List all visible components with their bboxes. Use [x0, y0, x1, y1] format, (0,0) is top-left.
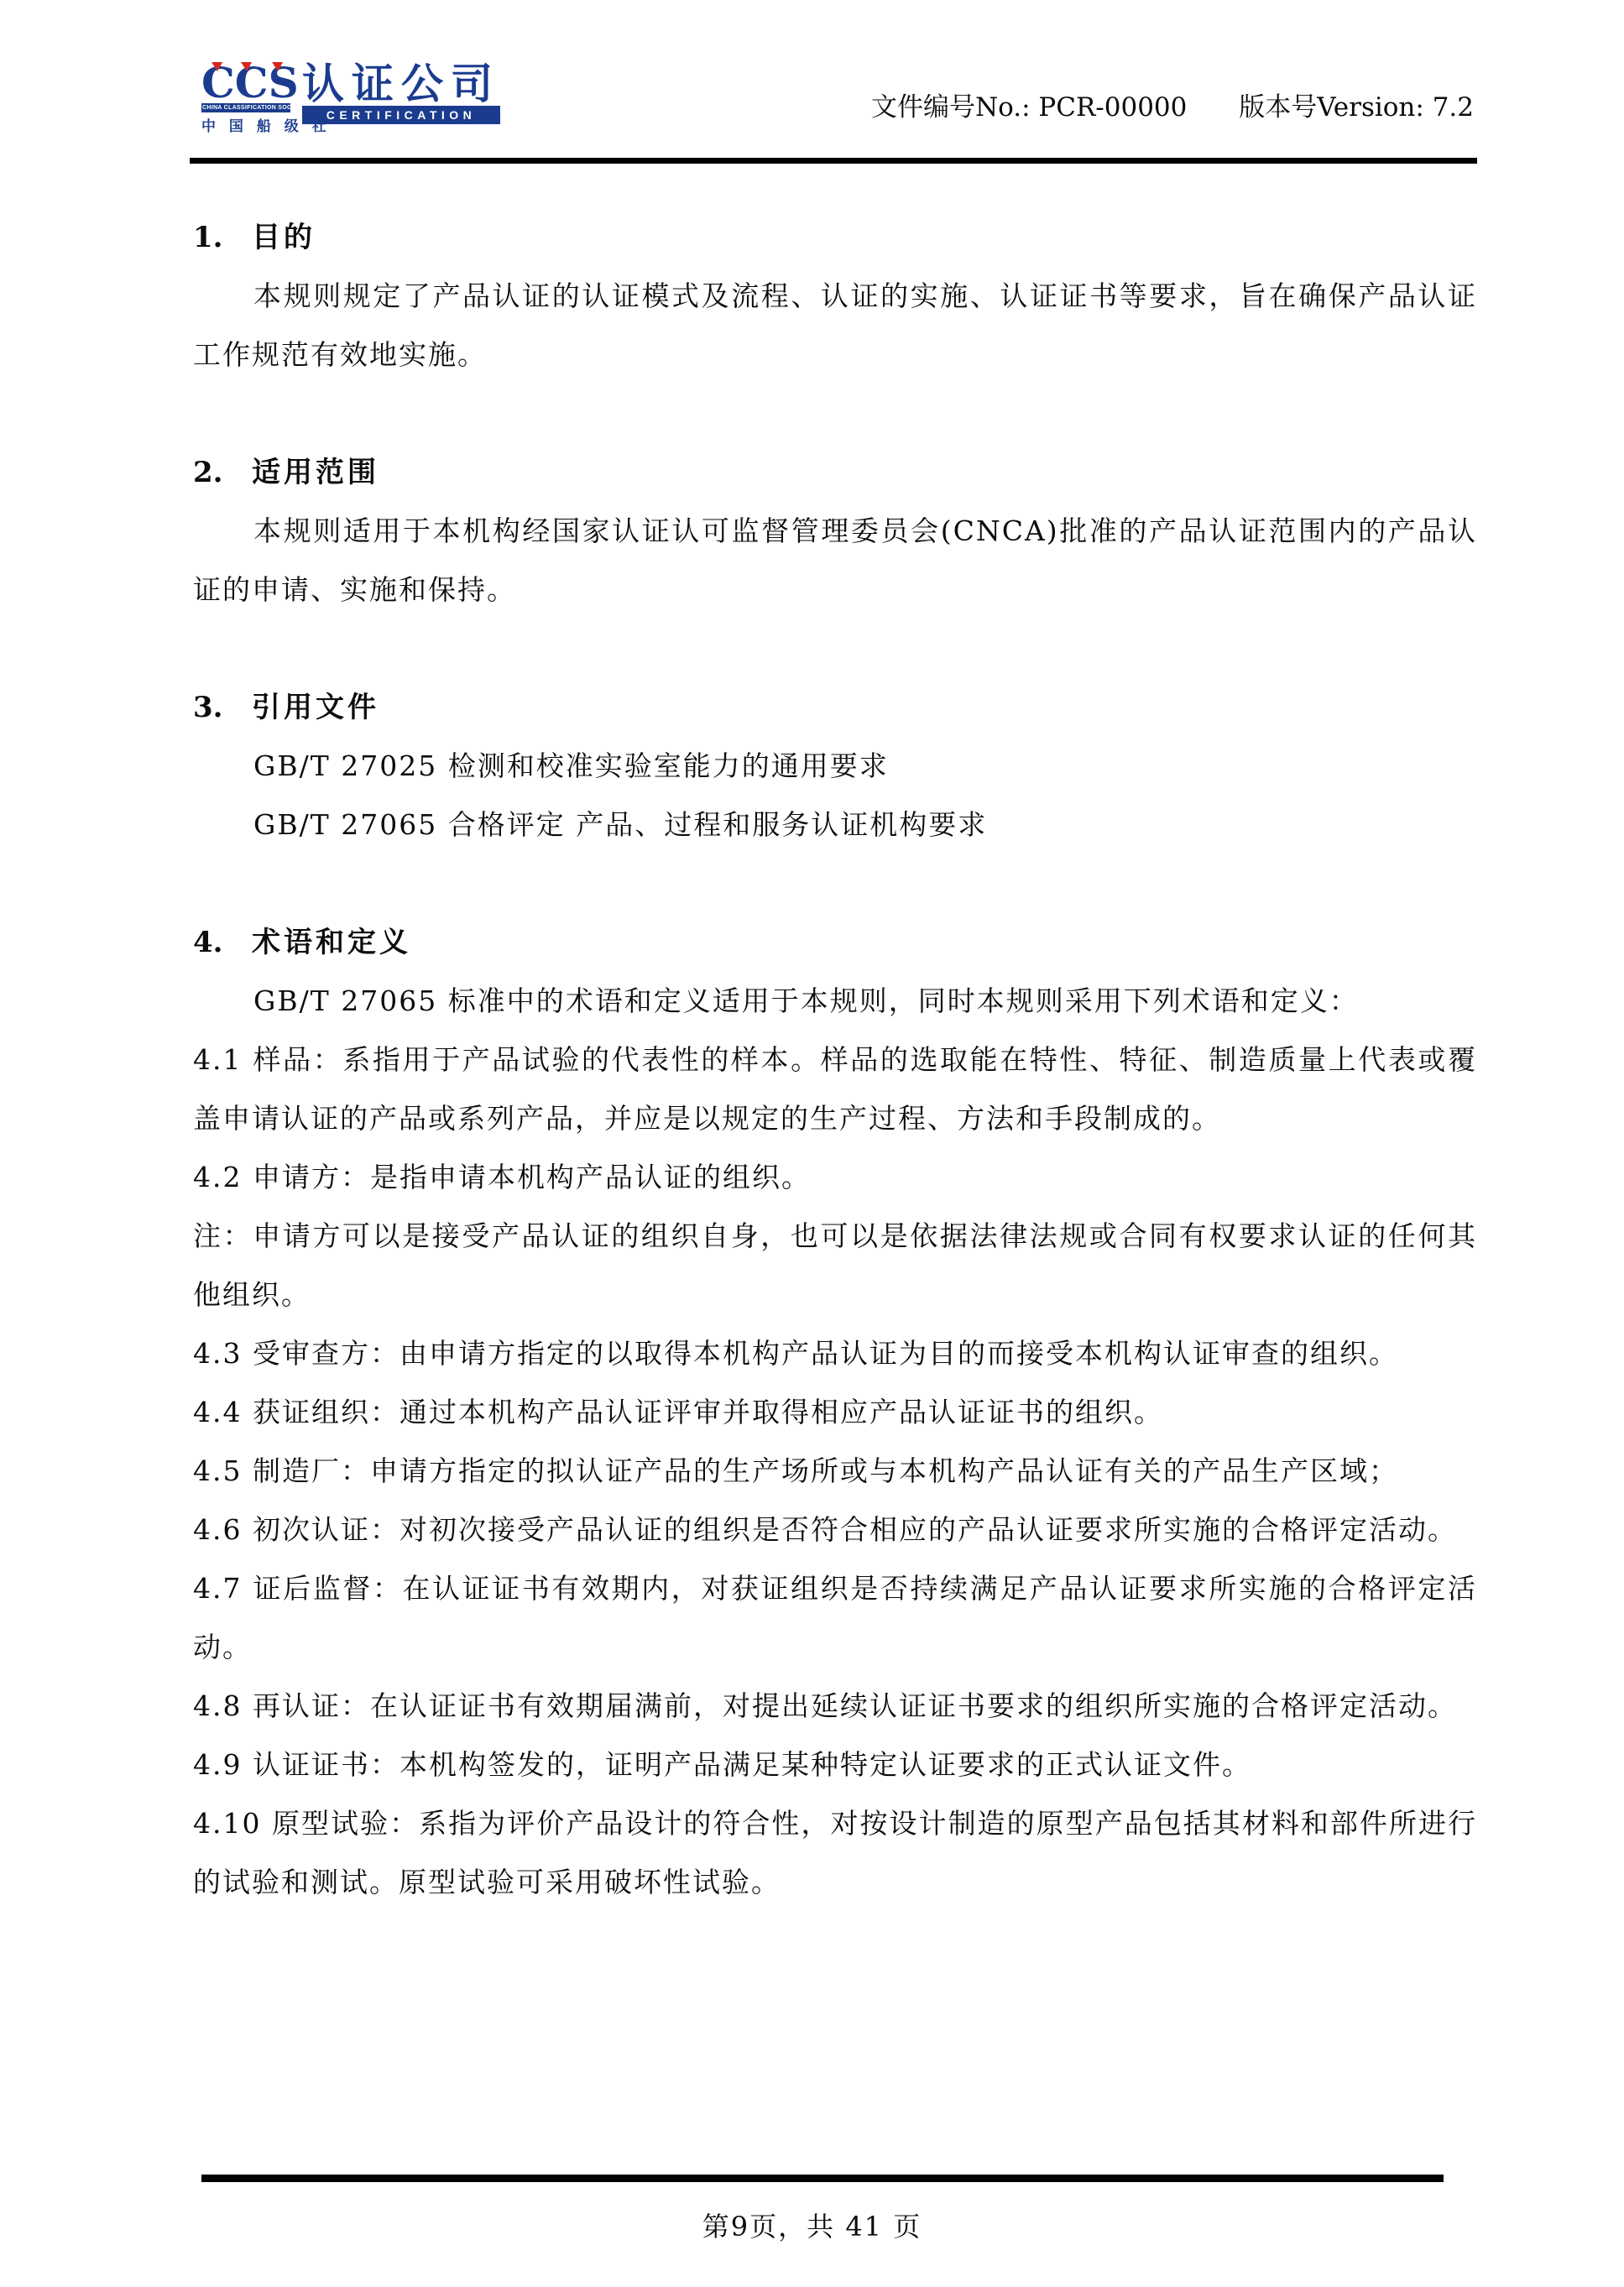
section-terms-definitions: 4.术语和定义 GB/T 27065 标准中的术语和定义适用于本规则，同时本规则… [193, 913, 1477, 1912]
paragraph: 4.1 样品：系指用于产品试验的代表性的样本。样品的选取能在特性、特征、制造质量… [193, 1031, 1477, 1148]
section-title: 适用范围 [252, 456, 379, 489]
document-page: CCS CHINA CLASSIFICATION SOCIETY 中 国 船 级… [0, 0, 1624, 2287]
section-title: 引用文件 [252, 691, 379, 724]
section-heading: 2.适用范围 [193, 443, 1477, 502]
logo-company-name: 认证公司 [302, 65, 500, 102]
section-number: 4. [193, 913, 252, 972]
document-body: 1.目的 本规则规定了产品认证的认证模式及流程、认证的实施、认证证书等要求，旨在… [193, 168, 1477, 1912]
section-title: 目的 [252, 221, 316, 254]
section-references: 3.引用文件 GB/T 27025 检测和校准实验室能力的通用要求 GB/T 2… [193, 678, 1477, 854]
ccs-logo-text: CCS [201, 65, 290, 101]
section-heading: 1.目的 [193, 208, 1477, 267]
section-heading: 3.引用文件 [193, 678, 1477, 737]
paragraph: 4.8 再认证：在认证证书有效期届满前，对提出延续认证证书要求的组织所实施的合格… [193, 1677, 1477, 1736]
page-footer: 第9页，共 41 页 [0, 2197, 1624, 2256]
paragraph: 4.7 证后监督：在认证证书有效期内，对获证组织是否持续满足产品认证要求所实施的… [193, 1559, 1477, 1677]
paragraph: GB/T 27065 标准中的术语和定义适用于本规则，同时本规则采用下列术语和定… [193, 972, 1477, 1031]
paragraph: 4.2 申请方：是指申请本机构产品认证的组织。 [193, 1148, 1477, 1207]
paragraph: 4.3 受审查方：由申请方指定的以取得本机构产品认证为目的而接受本机构认证审查的… [193, 1324, 1477, 1383]
paragraph: 4.10 原型试验：系指为评价产品设计的符合性，对按设计制造的原型产品包括其材料… [193, 1794, 1477, 1912]
section-purpose: 1.目的 本规则规定了产品认证的认证模式及流程、认证的实施、认证证书等要求，旨在… [193, 208, 1477, 384]
paragraph: 4.5 制造厂：申请方指定的拟认证产品的生产场所或与本机构产品认证有关的产品生产… [193, 1442, 1477, 1501]
paragraph: 本规则适用于本机构经国家认证认可监督管理委员会(CNCA)批准的产品认证范围内的… [193, 502, 1477, 619]
ccs-logo: CCS CHINA CLASSIFICATION SOCIETY 中 国 船 级… [201, 65, 500, 135]
paragraph: 注：申请方可以是接受产品认证的组织自身，也可以是依据法律法规或合同有权要求认证的… [193, 1207, 1477, 1324]
page-header: CCS CHINA CLASSIFICATION SOCIETY 中 国 船 级… [190, 0, 1477, 164]
section-number: 2. [193, 443, 252, 502]
ccs-logo-left: CCS CHINA CLASSIFICATION SOCIETY 中 国 船 级… [201, 65, 290, 135]
logo-society-en: CHINA CLASSIFICATION SOCIETY [201, 103, 290, 112]
section-title: 术语和定义 [252, 926, 411, 959]
page-number: 第9页，共 41 页 [702, 2211, 922, 2243]
document-meta: 文件编号No.: PCR-00000 版本号Version: 7.2 [871, 86, 1474, 123]
paragraph: 4.6 初次认证：对初次接受产品认证的组织是否符合相应的产品认证要求所实施的合格… [193, 1501, 1477, 1559]
section-scope: 2.适用范围 本规则适用于本机构经国家认证认可监督管理委员会(CNCA)批准的产… [193, 443, 1477, 619]
logo-society-cn: 中 国 船 级 社 [201, 114, 290, 135]
paragraph: 4.4 获证组织：通过本机构产品认证评审并取得相应产品认证证书的组织。 [193, 1383, 1477, 1442]
section-heading: 4.术语和定义 [193, 913, 1477, 972]
paragraph: 本规则规定了产品认证的认证模式及流程、认证的实施、认证证书等要求，旨在确保产品认… [193, 267, 1477, 384]
paragraph: GB/T 27065 合格评定 产品、过程和服务认证机构要求 [193, 796, 1477, 854]
logo-certification-bar: CERTIFICATION [302, 106, 500, 124]
footer-divider [201, 2175, 1444, 2182]
ccs-logo-right: 认证公司 CERTIFICATION [302, 65, 500, 124]
section-number: 3. [193, 678, 252, 737]
section-number: 1. [193, 208, 252, 267]
doc-number: 文件编号No.: PCR-00000 [871, 92, 1187, 123]
doc-version: 版本号Version: 7.2 [1239, 92, 1474, 123]
paragraph: GB/T 27025 检测和校准实验室能力的通用要求 [193, 737, 1477, 796]
paragraph: 4.9 认证证书：本机构签发的，证明产品满足某种特定认证要求的正式认证文件。 [193, 1736, 1477, 1794]
